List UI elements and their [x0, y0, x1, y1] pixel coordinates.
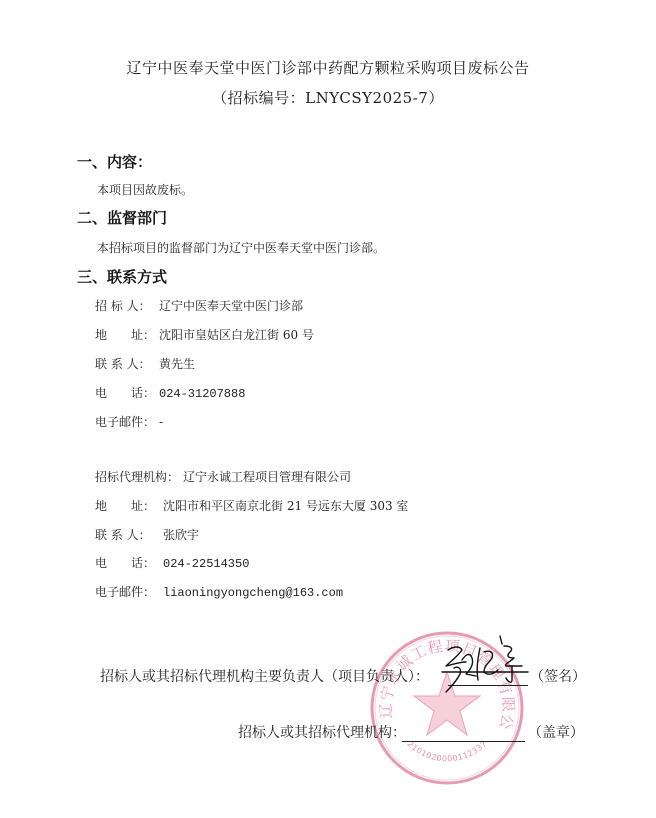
agency-name-label: 招标代理机构： [95, 468, 183, 485]
tenderer-address-row: 地 址：沈阳市皇姑区白龙江街 60 号 [95, 326, 314, 343]
tenderer-phone-label: 电 话： [95, 384, 159, 401]
agency-name-value: 辽宁永诚工程项目管理有限公司 [183, 468, 351, 485]
agency-address-label: 地 址： [95, 497, 163, 514]
signature-suffix: （签名） [530, 666, 586, 686]
tender-number: （招标编号：LNYCSY2025-7） [0, 87, 656, 108]
tenderer-contact-label: 联 系 人： [95, 355, 159, 372]
tenderer-phone-row: 电 话：024-31207888 [95, 384, 245, 401]
agency-phone-label: 电 话： [95, 554, 163, 571]
company-seal-stamp: 辽宁永诚工程项目管理有限公司 2101020000112337 [369, 630, 525, 786]
seal-underline[interactable] [402, 741, 525, 742]
responsible-person-label: 招标人或其招标代理机构主要负责人（项目负责人）： [100, 666, 429, 686]
section-heading-contact: 三、联系方式 [77, 266, 167, 287]
tenderer-name-value: 辽宁中医奉天堂中医门诊部 [159, 297, 303, 314]
tenderer-contact-row: 联 系 人：黄先生 [95, 355, 195, 372]
agency-contact-value: 张欣宇 [163, 526, 199, 543]
agency-name-row: 招标代理机构：辽宁永诚工程项目管理有限公司 [95, 468, 351, 485]
tenderer-phone-value: 024-31207888 [159, 387, 245, 401]
section-body-content: 本项目因故废标。 [97, 181, 193, 198]
tenderer-email-value: - [159, 415, 163, 429]
signature-underline[interactable] [448, 685, 528, 686]
section-body-supervision: 本招标项目的监督部门为辽宁中医奉天堂中医门诊部。 [97, 239, 385, 256]
tenderer-contact-value: 黄先生 [159, 355, 195, 372]
agency-address-value: 沈阳市和平区南京北街 21 号远东大厦 303 室 [163, 497, 408, 514]
agency-contact-row: 联 系 人：张欣宇 [95, 526, 199, 543]
tenderer-name-row: 招 标 人：辽宁中医奉天堂中医门诊部 [95, 297, 303, 314]
document-page: 辽宁中医奉天堂中医门诊部中药配方颗粒采购项目废标公告 （招标编号：LNYCSY2… [0, 0, 656, 818]
agency-email-label: 电子邮件： [95, 583, 163, 600]
section-heading-content: 一、内容： [77, 151, 152, 172]
seal-suffix: （盖章） [528, 722, 584, 742]
agency-email-row: 电子邮件：liaoningyongcheng@163.com [95, 583, 343, 600]
agency-email-value: liaoningyongcheng@163.com [163, 586, 343, 600]
svg-text:2101020000112337: 2101020000112337 [406, 739, 489, 763]
agency-address-row: 地 址：沈阳市和平区南京北街 21 号远东大厦 303 室 [95, 497, 408, 514]
tenderer-email-label: 电子邮件： [95, 413, 159, 430]
tenderer-email-row: 电子邮件：- [95, 413, 163, 430]
section-heading-supervision: 二、监督部门 [77, 207, 167, 228]
agency-phone-value: 024-22514350 [163, 557, 249, 571]
agency-phone-row: 电 话：024-22514350 [95, 554, 249, 571]
tenderer-name-label: 招 标 人： [95, 297, 159, 314]
handwritten-signature [440, 632, 530, 698]
tenderer-address-label: 地 址： [95, 326, 159, 343]
tenderer-address-value: 沈阳市皇姑区白龙江街 60 号 [159, 326, 314, 343]
seal-label: 招标人或其招标代理机构： [238, 722, 406, 742]
agency-contact-label: 联 系 人： [95, 526, 163, 543]
document-title: 辽宁中医奉天堂中医门诊部中药配方颗粒采购项目废标公告 [0, 57, 656, 78]
